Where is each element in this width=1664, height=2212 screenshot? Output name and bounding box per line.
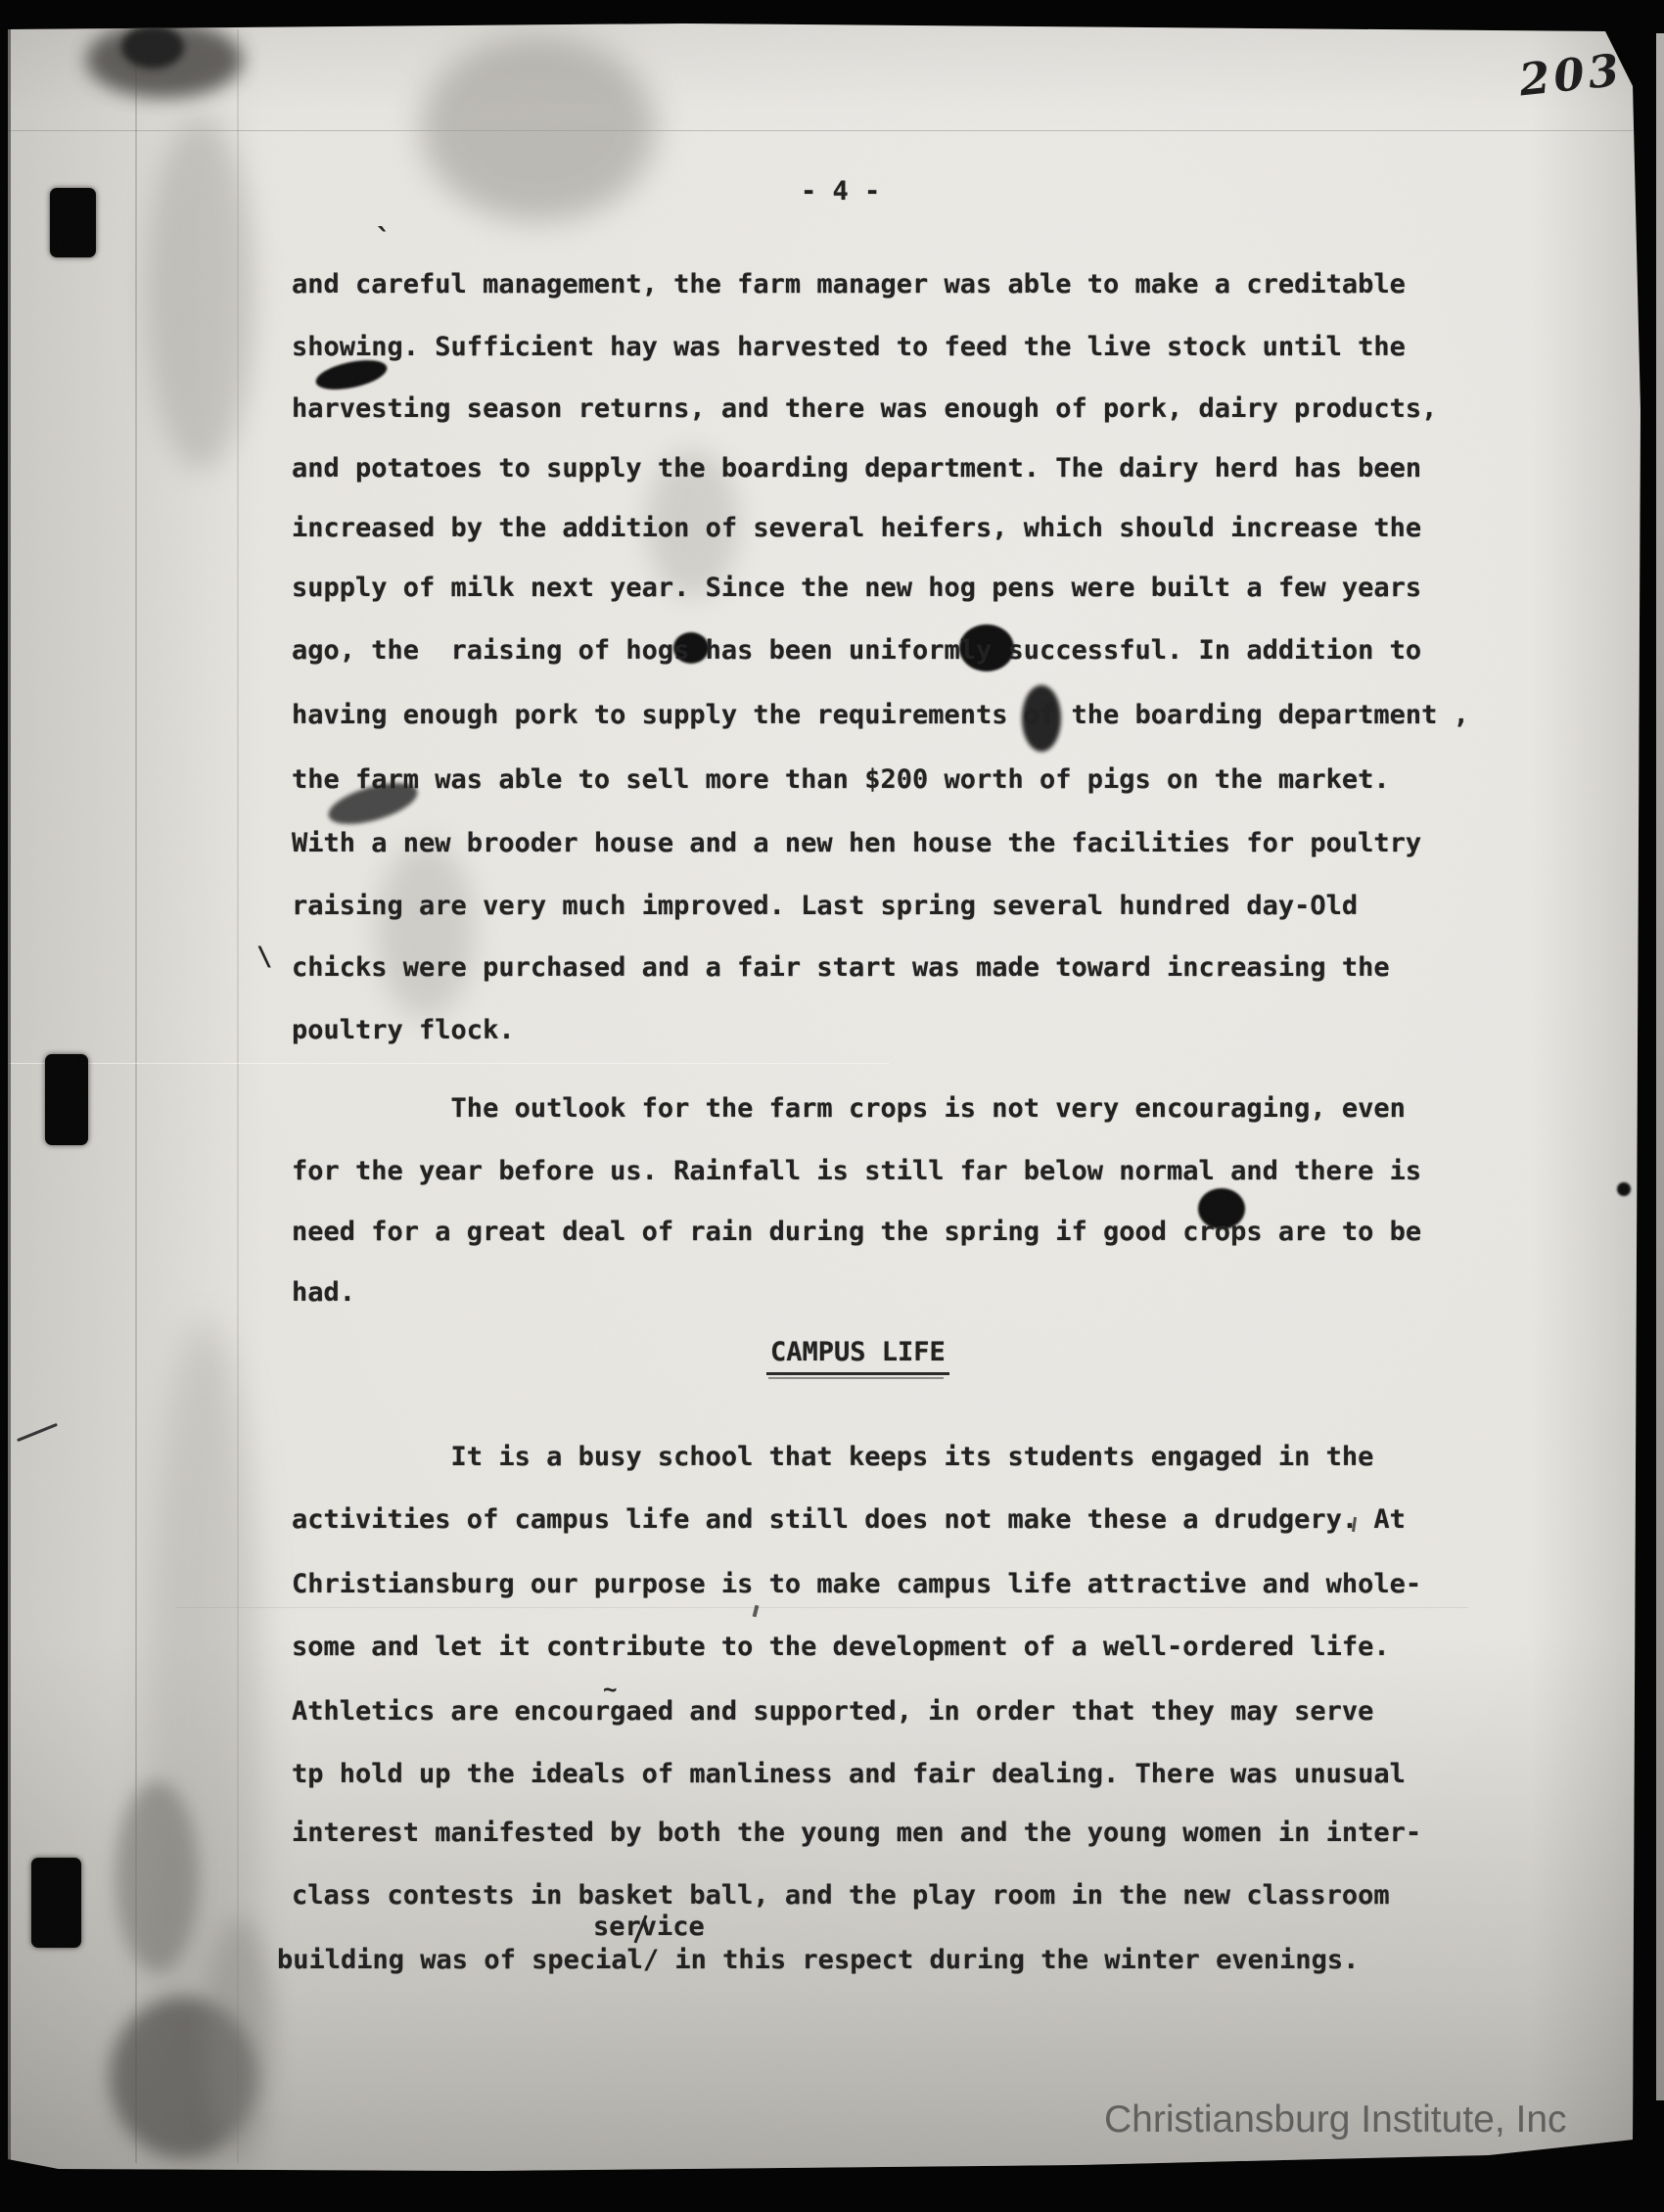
typed-line: chicks were purchased and a fair start w… [292,953,1390,983]
typed-line: and careful management, the farm manager… [292,270,1406,300]
typed-line: the farm was able to sell more than $200… [292,765,1390,795]
typed-line: supply of milk next year. Since the new … [292,574,1421,603]
typed-line: increased by the addition of several hei… [292,514,1421,543]
inserted-word: service [593,1912,705,1942]
stray-backslash-mark: \ [256,942,272,972]
adjacent-page-edge [1656,33,1664,2100]
typed-line: With a new brooder house and a new hen h… [292,829,1421,858]
scanned-page: 203 - 4 - and careful management, the fa… [0,0,1664,2212]
typed-line: poultry flock. [292,1016,515,1045]
typed-line: showing. Sufficient hay was harvested to… [292,333,1406,362]
typed-line: tp hold up the ideals of manliness and f… [292,1760,1406,1789]
typed-line: and potatoes to supply the boarding depa… [292,454,1421,484]
typed-line: It is a busy school that keeps its stude… [292,1443,1373,1472]
typed-line: activities of campus life and still does… [292,1505,1406,1535]
typed-line: ago, the raising of hogs has been unifor… [292,636,1421,666]
typed-line: raising are very much improved. Last spr… [292,892,1358,921]
typed-line: interest manifested by both the young me… [292,1819,1421,1848]
typed-line: harvesting season returns, and there was… [292,394,1437,424]
typed-line: having enough pork to supply the require… [292,701,1469,730]
typed-line: building was of special/ in this respect… [277,1946,1359,1975]
typed-line: need for a great deal of rain during the… [292,1218,1421,1247]
typed-line: had. [292,1278,355,1308]
transposition-tilde-mark: ∼ [603,1676,617,1703]
typed-text-block: and careful management, the farm manager… [0,0,1664,2212]
typed-line: some and let it contribute to the develo… [292,1633,1390,1662]
typed-line: The outlook for the farm crops is not ve… [292,1094,1406,1124]
typed-line: for the year before us. Rainfall is stil… [292,1157,1421,1186]
watermark: Christiansburg Institute, Inc [1104,2098,1567,2142]
typed-line: Christiansburg our purpose is to make ca… [292,1570,1421,1599]
paper: 203 - 4 - and careful management, the fa… [0,0,1664,2212]
stray-backtick-mark: ` [375,223,393,257]
typed-line: Athletics are encourgaed and supported, … [292,1697,1373,1727]
typed-line: class contests in basket ball, and the p… [292,1881,1390,1911]
section-heading: CAMPUS LIFE [766,1337,949,1375]
